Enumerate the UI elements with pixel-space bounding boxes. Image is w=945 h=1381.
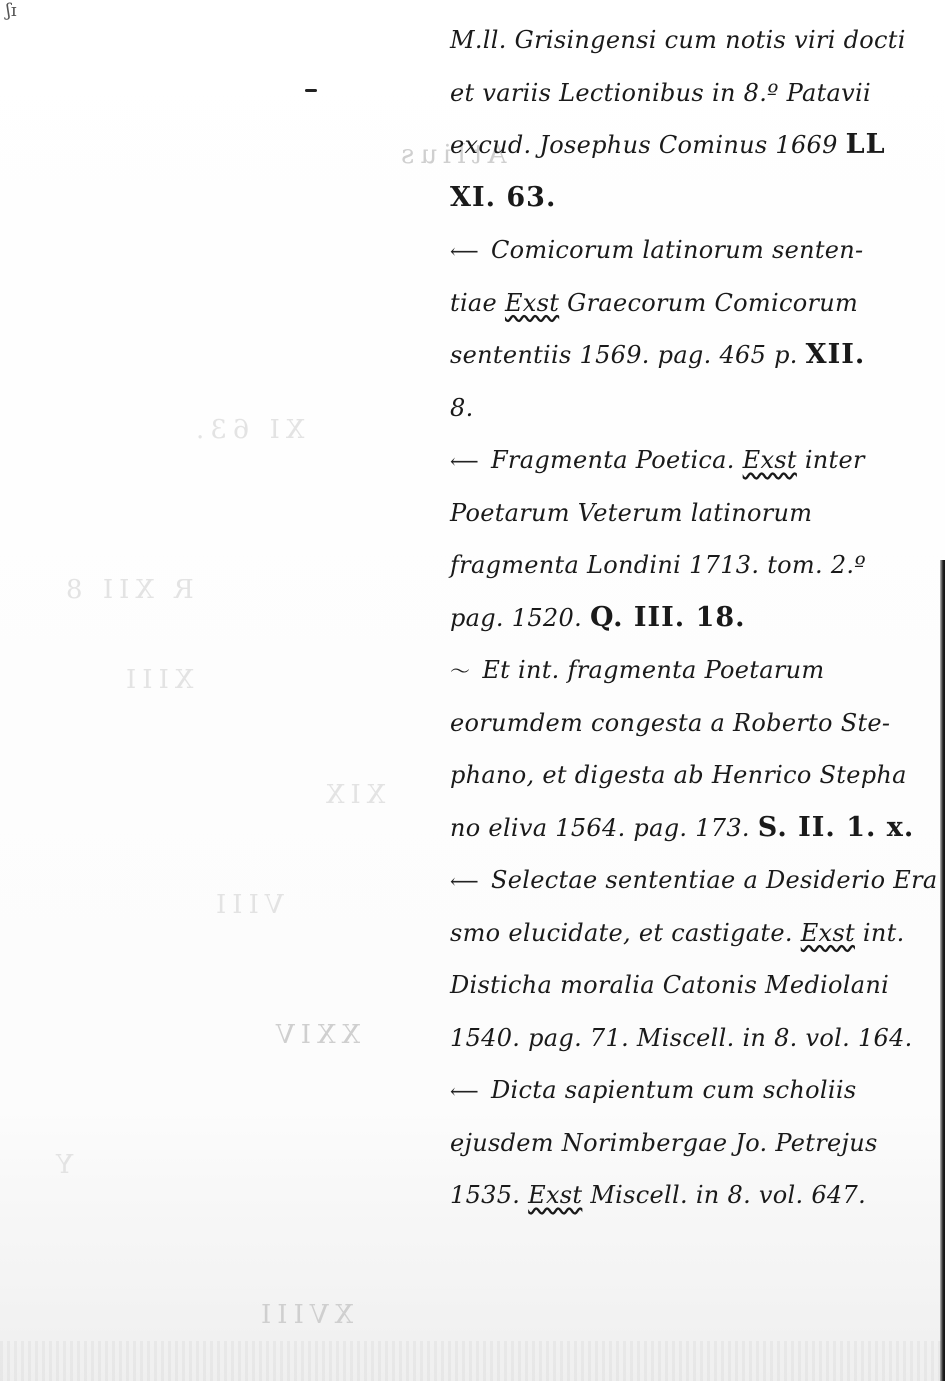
- entry-line: 〜Et int. fragmenta Poetarum: [450, 644, 930, 697]
- entry-marker-icon: ⟵: [450, 449, 479, 473]
- entry-line: tiae Exst Graecorum Comicorum: [450, 277, 930, 330]
- catalogue-entry: ⟵Dicta sapientum cum scholiis ejusdem No…: [450, 1064, 930, 1222]
- entry-marker-icon: ⟵: [450, 1079, 479, 1103]
- exst-abbrev: Exst: [743, 446, 797, 474]
- manuscript-page: ʃɪ Atlius XI 63. R XII 8 XIII XIX VIII X…: [0, 0, 945, 1381]
- entry-line: ejusdem Norimbergae Jo. Petrejus: [450, 1117, 930, 1170]
- entry-line: ⟵Dicta sapientum cum scholiis: [450, 1064, 930, 1117]
- shelfmark: XI. 63.: [450, 182, 556, 213]
- exst-abbrev: Exst: [505, 289, 559, 317]
- entry-line: pag. 1520. Q. III. 18.: [450, 592, 930, 645]
- entry-line: ⟵Fragmenta Poetica. Exst inter: [450, 434, 930, 487]
- entry-line: 1535. Exst Miscell. in 8. vol. 647.: [450, 1169, 930, 1222]
- shelfmark: S. II. 1. x.: [758, 812, 914, 843]
- bleed-through-text: VIII: [210, 890, 284, 920]
- entry-line: eorumdem congesta a Roberto Ste-: [450, 697, 930, 750]
- catalogue-column: M.ll. Grisingensi cum notis viri docti e…: [450, 14, 930, 1222]
- catalogue-entry: ⟵Selectae sententiae a Desiderio Era smo…: [450, 854, 930, 1064]
- bleed-through-text: XIX: [320, 780, 385, 810]
- entry-line: ⟵Comicorum latinorum senten-: [450, 224, 930, 277]
- bleed-through-text: R XII 8: [60, 575, 194, 605]
- entry-line: smo elucidate, et castigate. Exst int.: [450, 907, 930, 960]
- entry-line: no eliva 1564. pag. 173. S. II. 1. x.: [450, 802, 930, 855]
- exst-abbrev: Exst: [801, 919, 855, 947]
- entry-marker-icon: 〜: [450, 659, 470, 683]
- entry-line: Poetarum Veterum latinorum: [450, 487, 930, 540]
- catalogue-entry: M.ll. Grisingensi cum notis viri docti e…: [450, 14, 930, 224]
- entry-line: 1540. pag. 71. Miscell. in 8. vol. 164.: [450, 1012, 930, 1065]
- bleed-through-text: XXIV: [270, 1020, 360, 1050]
- catalogue-entry: ⟵Fragmenta Poetica. Exst inter Poetarum …: [450, 434, 930, 644]
- catalogue-entry: ⟵Comicorum latinorum senten- tiae Exst G…: [450, 224, 930, 434]
- shelfmark: Q. III. 18.: [590, 602, 746, 633]
- bleed-through-text: XVIII: [255, 1300, 353, 1330]
- page-bottom-smudge: [0, 1341, 945, 1381]
- stray-ink-mark: [305, 89, 317, 92]
- entry-line: excud. Josephus Cominus 1669 LL: [450, 119, 930, 172]
- entry-line: fragmenta Londini 1713. tom. 2.º: [450, 539, 930, 592]
- entry-line: sententiis 1569. pag. 465 p. XII.: [450, 329, 930, 382]
- entry-marker-icon: ⟵: [450, 869, 479, 893]
- entry-marker-icon: ⟵: [450, 239, 479, 263]
- bleed-through-text: XIII: [120, 665, 193, 695]
- entry-line: et variis Lectionibus in 8.º Patavii: [450, 67, 930, 120]
- bleed-through-text: Y: [50, 1150, 73, 1180]
- corner-mark: ʃɪ: [6, 0, 17, 21]
- entry-line: 8.: [450, 382, 930, 435]
- shelfmark: LL: [846, 129, 886, 160]
- entry-line: ⟵Selectae sententiae a Desiderio Era: [450, 854, 930, 907]
- entry-line: XI. 63.: [450, 172, 930, 225]
- bleed-through-text: XI 63.: [190, 415, 304, 445]
- exst-abbrev: Exst: [528, 1181, 582, 1209]
- entry-line: Disticha moralia Catonis Mediolani: [450, 959, 930, 1012]
- shelfmark: XII.: [806, 339, 866, 370]
- entry-line: M.ll. Grisingensi cum notis viri docti: [450, 14, 930, 67]
- page-spine-edge: [940, 560, 945, 1381]
- entry-line: phano, et digesta ab Henrico Stepha: [450, 749, 930, 802]
- catalogue-entry: 〜Et int. fragmenta Poetarum eorumdem con…: [450, 644, 930, 854]
